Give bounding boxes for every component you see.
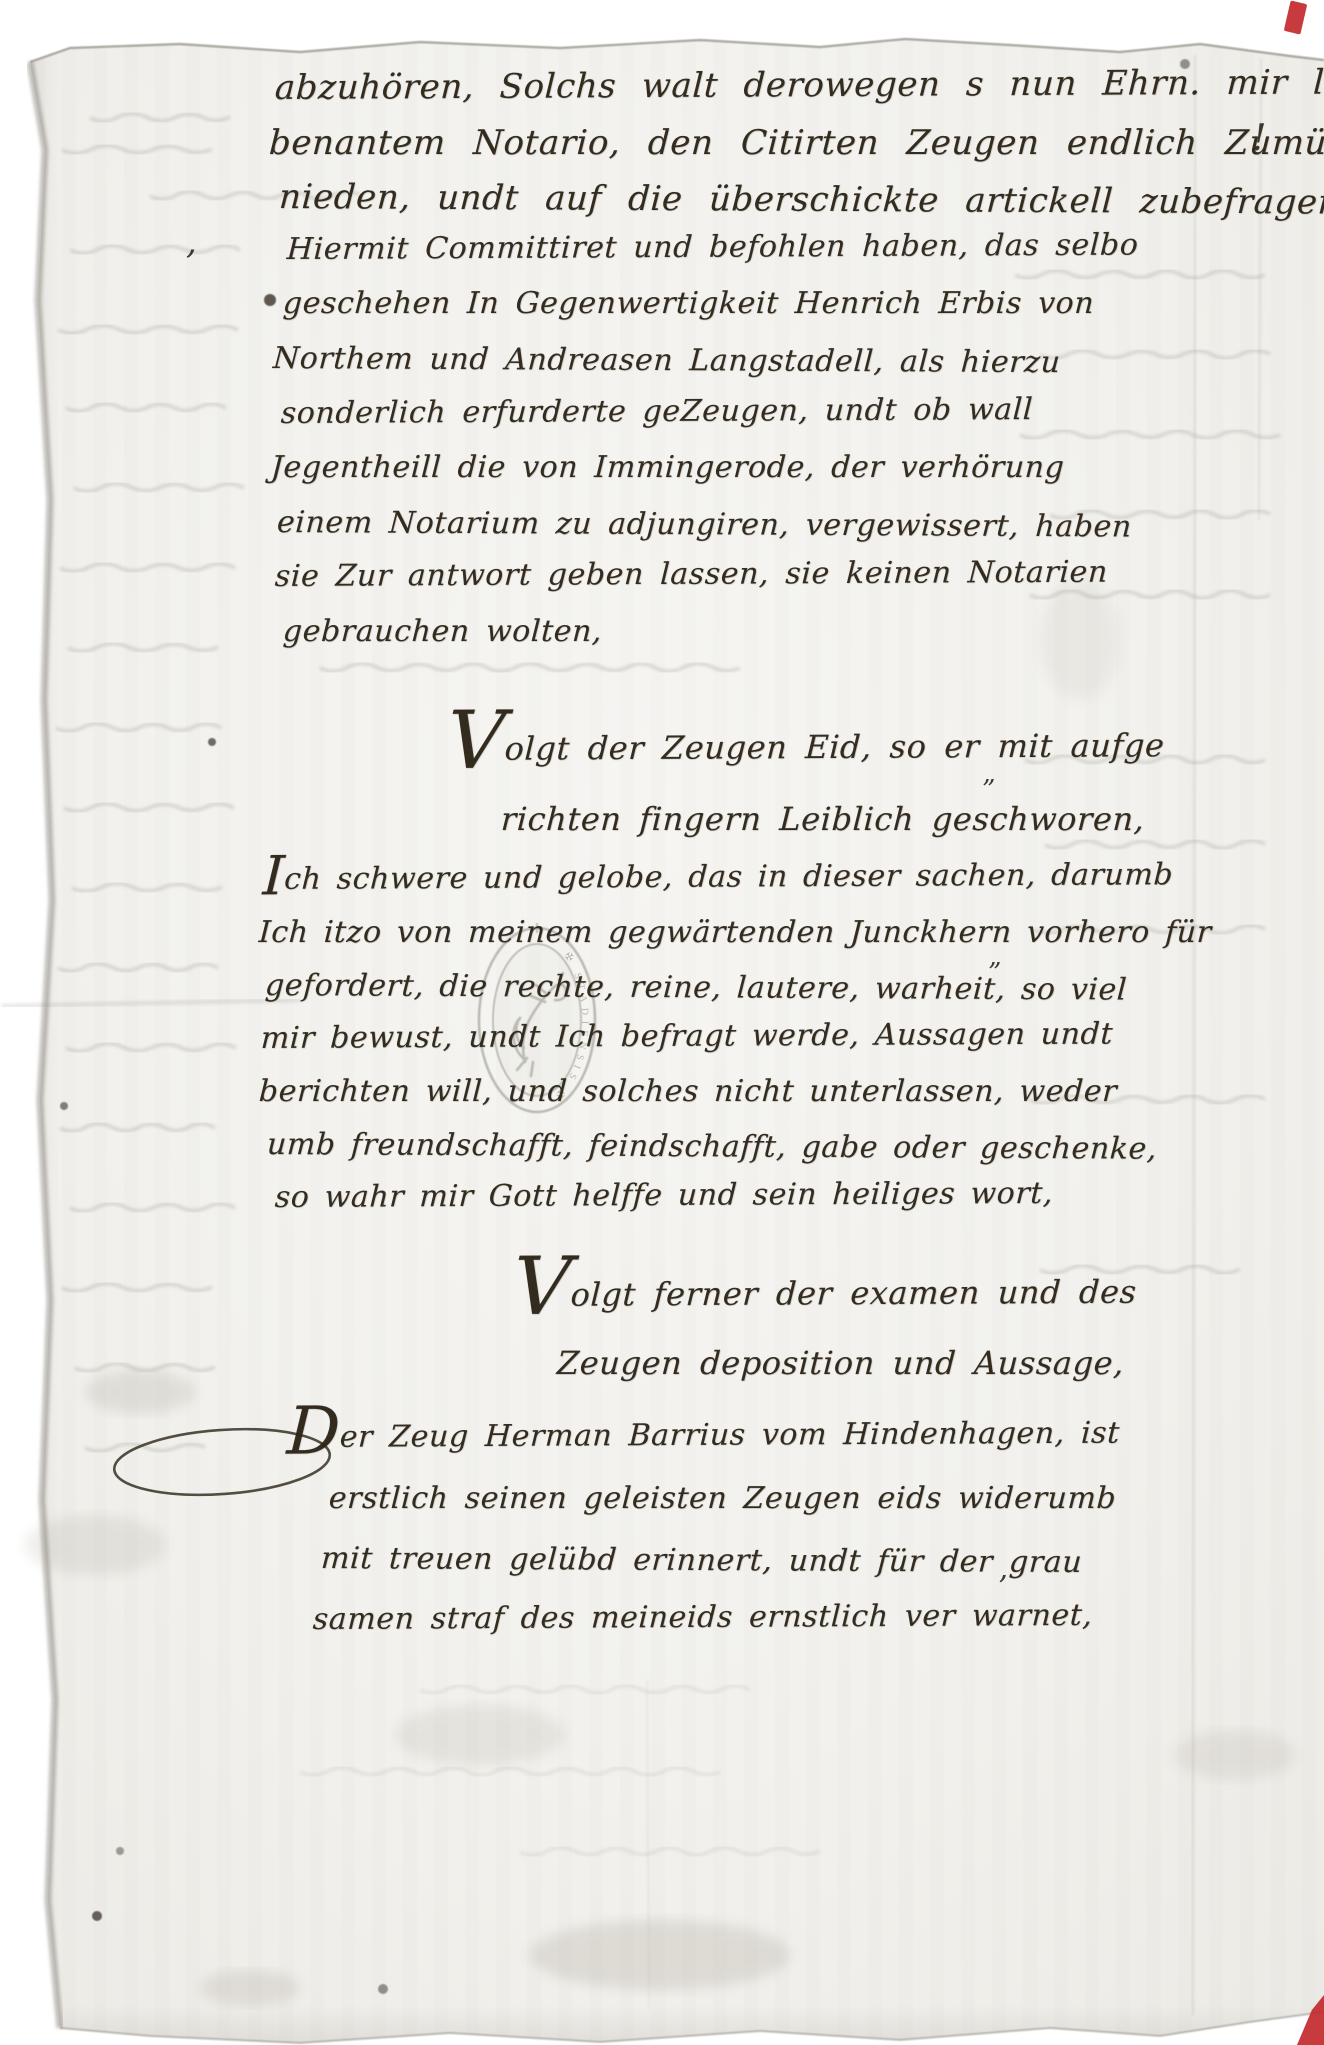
- decorated-initial: V: [511, 1240, 573, 1333]
- handwriting-line: sonderlich erfurderte geZeugen, undt ob …: [280, 392, 1034, 431]
- handwriting-line: einem Notarium zu adjungiren, vergewisse…: [276, 505, 1133, 544]
- handwriting-line: mir bewust, undt Ich befragt werde, Auss…: [260, 1017, 1114, 1056]
- margin-mark: ”: [982, 775, 995, 805]
- handwriting-line: gebrauchen wolten,: [282, 614, 603, 649]
- handwriting-line: nieden, undt auf die überschickte artick…: [278, 177, 1324, 223]
- decorated-initial: I: [262, 844, 286, 907]
- manuscript-scan: ✠ STADIENSIS ✠ abzuhören, Solchs walt de…: [0, 0, 1324, 2045]
- handwriting-line: Der Zeug Herman Barrius vom Hindenhagen,…: [286, 1416, 1121, 1455]
- handwriting-line: Volgt der Zeugen Eid, so er mit aufge: [446, 726, 1166, 768]
- margin-mark: ”: [988, 958, 1001, 988]
- binding-mark-top: [1284, 0, 1308, 34]
- decorated-initial: V: [445, 694, 507, 787]
- handwriting-line: geschehen In Gegenwertigkeit Henrich Erb…: [282, 286, 1095, 321]
- handwriting-line: erstlich seinen geleisten Zeugen eids wi…: [328, 1481, 1117, 1516]
- handwriting-line: Ich schwere und gelobe, das in dieser sa…: [262, 857, 1174, 897]
- handwriting-line: Northem und Andreasen Langstadell, als h…: [272, 341, 1062, 380]
- handwriting-line: benantem Notario, den Citirten Zeugen en…: [268, 123, 1324, 163]
- handwriting-line: sie Zur antwort geben lassen, sie keinen…: [274, 555, 1109, 594]
- handwriting-line: Hiermit Committiret und befohlen haben, …: [286, 227, 1139, 266]
- handwriting-line: umb freundschafft, feindschafft, gabe od…: [266, 1127, 1158, 1167]
- handwriting-line: abzuhören, Solchs walt derowegen s nun E…: [274, 62, 1324, 108]
- handwriting-line: Jegentheill die von Immingerode, der ver…: [270, 450, 1065, 485]
- handwriting-line: mit treuen gelübd erinnert, undt für der…: [320, 1541, 1083, 1580]
- handwriting-line: Ich itzo von meinem gegwärtenden Junckhe…: [258, 915, 1213, 950]
- decorated-initial: D: [285, 1392, 342, 1469]
- margin-mark: ,: [186, 222, 197, 262]
- handwriting-line: berichten will, und solches nicht unterl…: [258, 1074, 1118, 1109]
- handwriting-line: Zeugen deposition und Aussage,: [556, 1344, 1125, 1382]
- margin-mark: !: [1252, 118, 1266, 159]
- handwriting-line: richten fingern Leiblich geschworen,: [500, 800, 1146, 838]
- margin-mark: ’: [998, 1570, 1008, 1605]
- handwriting-line: Volgt ferner der examen und des: [512, 1273, 1138, 1314]
- handwriting-line: samen straf des meineids ernstlich ver w…: [312, 1597, 1093, 1636]
- handwriting-line: so wahr mir Gott helffe und sein heilige…: [274, 1176, 1054, 1215]
